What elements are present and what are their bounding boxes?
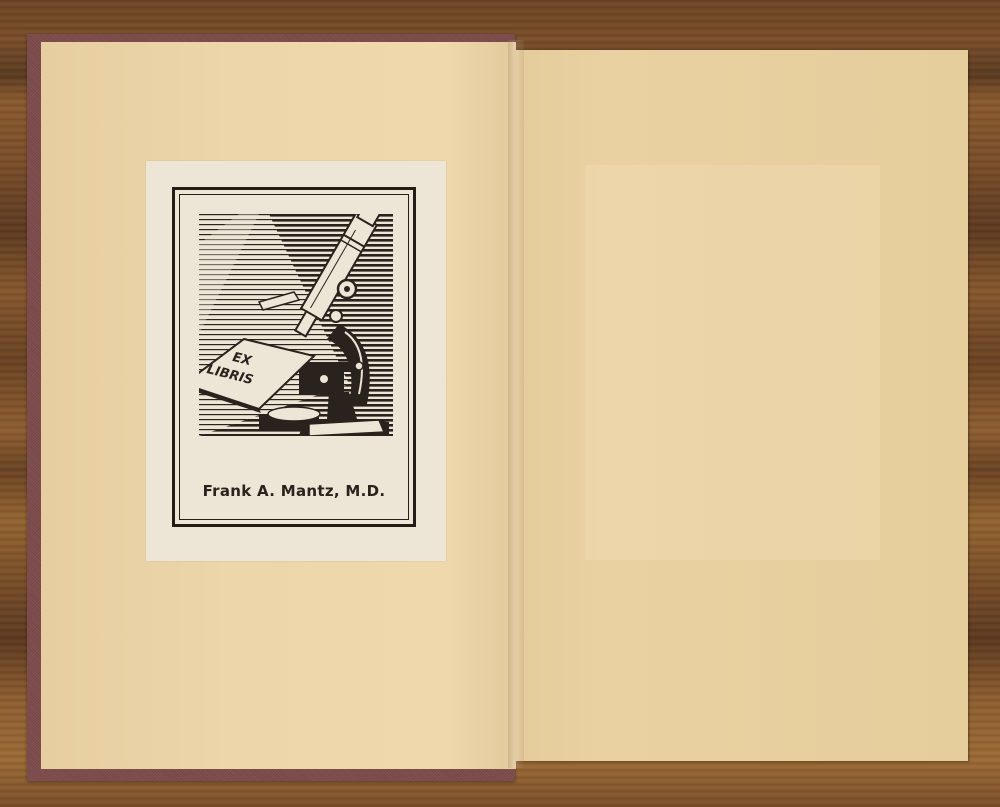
facing-flyleaf-page [516,50,968,761]
microscope-icon: EX LIBRIS [199,214,393,436]
bookplate-offset-ghost [585,165,880,560]
owner-name: Frank A. Mantz, M.D. [172,482,416,500]
book-gutter [508,40,524,768]
front-pastedown-page: EX LIBRIS Frank A. Mantz, M.D. [41,42,516,769]
ex-libris-bookplate: EX LIBRIS Frank A. Mantz, M.D. [146,161,446,561]
microscope-illustration: EX LIBRIS [199,214,393,436]
